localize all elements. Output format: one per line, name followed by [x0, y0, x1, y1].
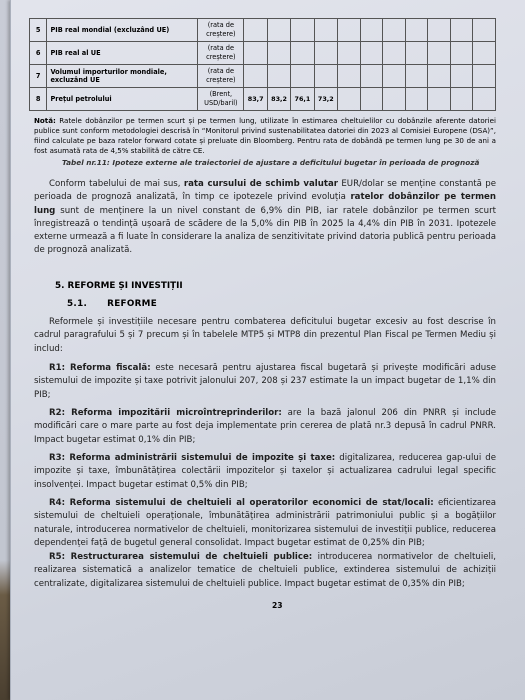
- table-caption: Tabel nr.11: Ipoteze externe ale traiect…: [62, 158, 502, 167]
- indicator-name: Prețul petrolului: [47, 88, 198, 111]
- value-cell: [314, 19, 337, 42]
- value-cell: [428, 65, 451, 88]
- value-cell: [360, 42, 383, 65]
- value-cell: 76,1: [291, 88, 314, 111]
- value-cell: [267, 65, 290, 88]
- reform-r1: R1: Reforma fiscală: este necesară pentr…: [34, 362, 496, 402]
- value-cell: [405, 42, 428, 65]
- value-cell: [337, 19, 360, 42]
- value-cell: [405, 65, 428, 88]
- row-number: 7: [30, 65, 47, 88]
- value-cell: [244, 42, 267, 65]
- value-cell: [267, 19, 290, 42]
- value-cell: [405, 88, 428, 111]
- table-row: 6PIB real al UE(rata de creștere): [30, 42, 496, 65]
- row-number: 8: [30, 88, 47, 111]
- value-cell: 83,7: [244, 88, 267, 111]
- table-row: 8Prețul petrolului(Brent, USD/baril)83,7…: [30, 88, 496, 111]
- page-edge: [10, 0, 11, 700]
- paragraph-exchange-rates: Conform tabelului de mai sus, rata cursu…: [34, 178, 496, 258]
- row-number: 6: [30, 42, 47, 65]
- reform-r2: R2: Reforma impozitării microîntreprinde…: [34, 407, 496, 447]
- table-row: 5PIB real mondial (excluzând UE)(rata de…: [30, 19, 496, 42]
- value-cell: [450, 88, 473, 111]
- value-cell: [428, 19, 451, 42]
- value-cell: [360, 88, 383, 111]
- value-cell: [291, 19, 314, 42]
- value-cell: [473, 19, 496, 42]
- value-cell: [291, 42, 314, 65]
- indicator-unit: (rata de creștere): [198, 65, 244, 88]
- reform-r4: R4: Reforma sistemului de cheltuieli al …: [34, 497, 496, 550]
- note-label: Notă:: [34, 116, 56, 125]
- value-cell: [473, 42, 496, 65]
- value-cell: [337, 42, 360, 65]
- value-cell: [383, 88, 406, 111]
- value-cell: [473, 88, 496, 111]
- value-cell: [337, 88, 360, 111]
- indicator-unit: (rata de creștere): [198, 42, 244, 65]
- value-cell: [360, 65, 383, 88]
- value-cell: [428, 88, 451, 111]
- indicator-name: Volumul importurilor mondiale, excluzând…: [47, 65, 198, 88]
- value-cell: [360, 19, 383, 42]
- value-cell: [244, 19, 267, 42]
- value-cell: 83,2: [267, 88, 290, 111]
- table-row: 7Volumul importurilor mondiale, excluzân…: [30, 65, 496, 88]
- value-cell: [291, 65, 314, 88]
- subsection-heading: 5.1.REFORME: [67, 299, 157, 309]
- value-cell: [450, 19, 473, 42]
- row-number: 5: [30, 19, 47, 42]
- value-cell: 73,2: [314, 88, 337, 111]
- table-note: Notă: Ratele dobânzilor pe termen scurt …: [34, 116, 496, 156]
- value-cell: [428, 42, 451, 65]
- value-cell: [383, 19, 406, 42]
- value-cell: [314, 65, 337, 88]
- value-cell: [450, 42, 473, 65]
- indicator-unit: (rata de creștere): [198, 19, 244, 42]
- reform-r3: R3: Reforma administrării sistemului de …: [34, 452, 496, 492]
- indicator-unit: (Brent, USD/baril): [198, 88, 244, 111]
- page-number: 23: [272, 601, 283, 610]
- value-cell: [383, 65, 406, 88]
- value-cell: [267, 42, 290, 65]
- indicator-name: PIB real al UE: [47, 42, 198, 65]
- external-assumptions-table: 5PIB real mondial (excluzând UE)(rata de…: [29, 18, 496, 111]
- indicator-name: PIB real mondial (excluzând UE): [47, 19, 198, 42]
- value-cell: [244, 65, 267, 88]
- value-cell: [314, 42, 337, 65]
- paragraph-intro: Reformele și investițiile necesare pentr…: [34, 316, 496, 356]
- note-text: Ratele dobânzilor pe termen scurt și pe …: [34, 116, 496, 155]
- value-cell: [405, 19, 428, 42]
- value-cell: [473, 65, 496, 88]
- reform-r5: R5: Restructurarea sistemului de cheltui…: [34, 551, 496, 591]
- value-cell: [337, 65, 360, 88]
- value-cell: [383, 42, 406, 65]
- section-heading: 5. REFORME ȘI INVESTIȚII: [55, 281, 183, 291]
- value-cell: [450, 65, 473, 88]
